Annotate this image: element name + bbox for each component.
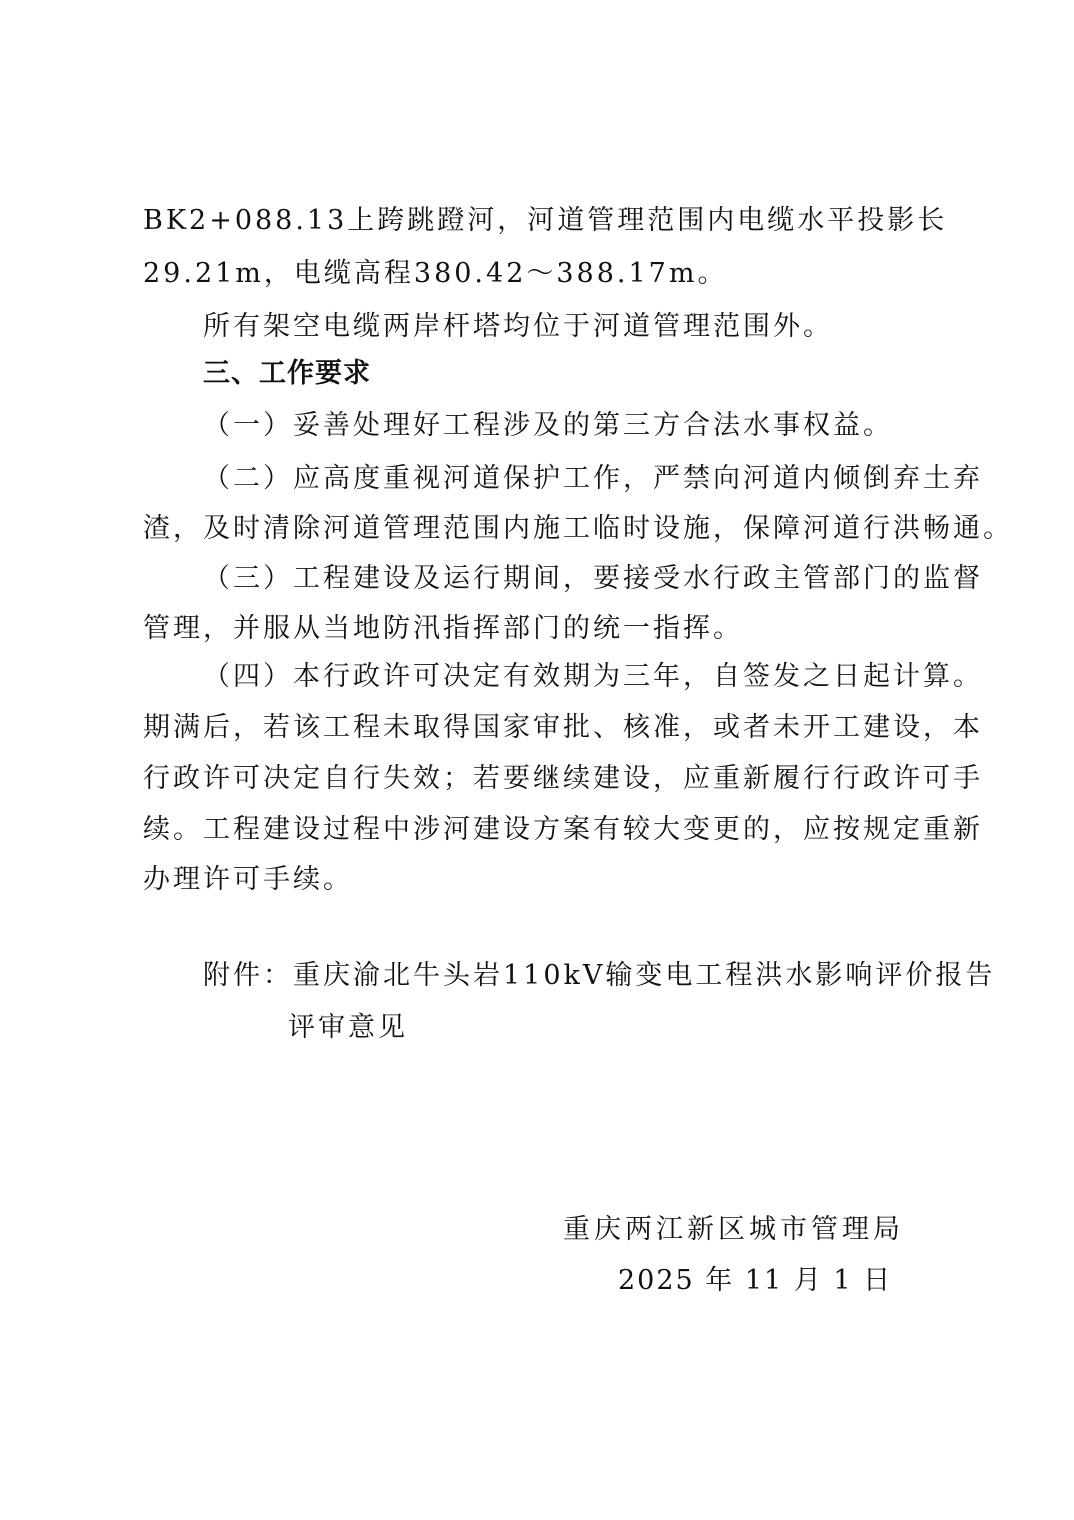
requirement-4-line: 期满后，若该工程未取得国家审批、核准，或者未开工建设，本 — [143, 710, 940, 746]
requirement-4-line: （四）本行政许可决定有效期为三年，自签发之日起计算。 — [203, 659, 940, 695]
issuer-name: 重庆两江新区城市管理局 — [563, 1212, 904, 1248]
paragraph-line: 29.21m，电缆高程380.42～388.17m。 — [143, 256, 940, 292]
requirement-4-line: 办理许可手续。 — [143, 862, 940, 898]
attachment-line: 附件：重庆渝北牛头岩110kV输变电工程洪水影响评价报告 — [203, 958, 940, 994]
requirement-3-line: 管理，并服从当地防汛指挥部门的统一指挥。 — [143, 611, 940, 647]
requirement-4-line: 行政许可决定自行失效；若要继续建设，应重新履行行政许可手 — [143, 761, 940, 797]
requirement-4-line: 续。工程建设过程中涉河建设方案有较大变更的，应按规定重新 — [143, 812, 940, 848]
paragraph-line: 所有架空电缆两岸杆塔均位于河道管理范围外。 — [203, 309, 940, 345]
issue-date: 2025 年 11 月 1 日 — [618, 1263, 892, 1299]
requirement-3-line: （三）工程建设及运行期间，要接受水行政主管部门的监督 — [203, 561, 940, 597]
requirement-1-line: （一）妥善处理好工程涉及的第三方合法水事权益。 — [203, 408, 940, 444]
paragraph-line: BK2+088.13上跨跳蹬河，河道管理范围内电缆水平投影长 — [143, 203, 940, 239]
section-heading: 三、工作要求 — [203, 356, 940, 392]
requirement-2-line: 渣，及时清除河道管理范围内施工临时设施，保障河道行洪畅通。 — [143, 511, 940, 547]
document-page: BK2+088.13上跨跳蹬河，河道管理范围内电缆水平投影长 29.21m，电缆… — [0, 0, 1074, 1520]
attachment-line: 评审意见 — [288, 1010, 688, 1046]
requirement-2-line: （二）应高度重视河道保护工作，严禁向河道内倾倒弃土弃 — [203, 461, 940, 497]
